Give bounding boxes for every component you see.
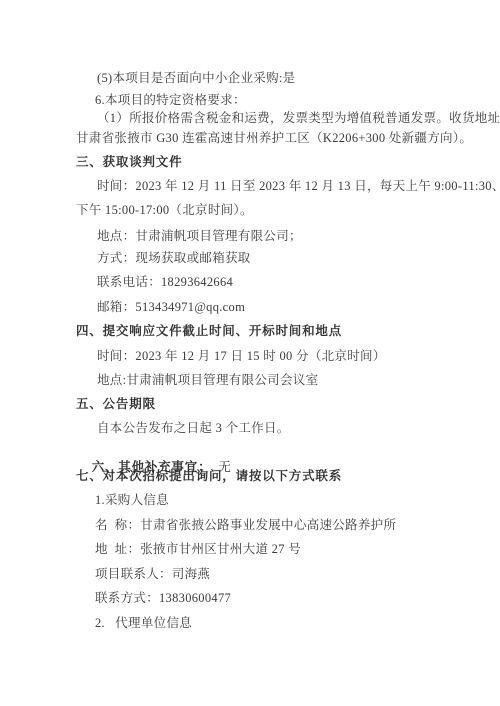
heading-inquiry-contact: 七、对本次招标提出询问，请按以下方式联系 xyxy=(76,469,342,484)
heading-announcement-period: 五、公告期限 xyxy=(76,397,156,412)
line-price-requirement-cont: 甘肃省张掖市 G30 连霍高速甘州养护工区（K2206+300 处新疆方向）。 xyxy=(76,131,472,146)
line-purchaser-address: 地 址：张掖市甘州区甘州大道 27 号 xyxy=(95,542,301,557)
line-obtain-time-cont: 下午 15:00-17:00（北京时间）。 xyxy=(76,203,253,218)
line-contact-number: 联系方式：13830600477 xyxy=(95,591,231,606)
line-obtain-location: 地点：甘肃浦帆项目管理有限公司； xyxy=(97,229,302,244)
line-qualification-requirements: 6.本项目的特定资格要求： xyxy=(95,93,246,108)
heading-obtain-documents: 三、获取谈判文件 xyxy=(76,155,182,170)
line-contact-email: 邮箱：513434971@qq.com xyxy=(97,300,245,315)
line-contact-phone: 联系电话：18293642664 xyxy=(97,275,233,290)
line-deadline-time: 时间：2023 年 12 月 17 日 15 时 00 分（北京时间） xyxy=(97,349,386,364)
document-page: (5)本项目是否面向中小企业采购:是 6.本项目的特定资格要求： （1）所报价格… xyxy=(0,0,500,706)
line-agency-info-title: 2. 代理单位信息 xyxy=(95,616,192,631)
line-obtain-time: 时间：2023 年 12 月 11 日至 2023 年 12 月 13 日，每天… xyxy=(97,179,500,194)
heading-submission-deadline: 四、提交响应文件截止时间、开标时间和地点 xyxy=(76,324,342,339)
line-deadline-location: 地点:甘肃浦帆项目管理有限公司会议室 xyxy=(97,373,318,388)
line-price-requirement: （1）所报价格需含税金和运费，发票类型为增值税普通发票。收货地址为： xyxy=(97,111,500,126)
line-announcement-period: 自本公告发布之日起 3 个工作日。 xyxy=(97,421,290,436)
line-project-contact: 项目联系人：司海燕 xyxy=(95,567,210,582)
line-smb-procurement: (5)本项目是否面向中小企业采购:是 xyxy=(97,71,295,86)
line-purchaser-name: 名 称：甘肃省张掖公路事业发展中心高速公路养护所 xyxy=(95,518,396,533)
line-obtain-method: 方式：现场获取或邮箱获取 xyxy=(97,251,251,266)
line-purchaser-info-title: 1.采购人信息 xyxy=(95,493,169,508)
